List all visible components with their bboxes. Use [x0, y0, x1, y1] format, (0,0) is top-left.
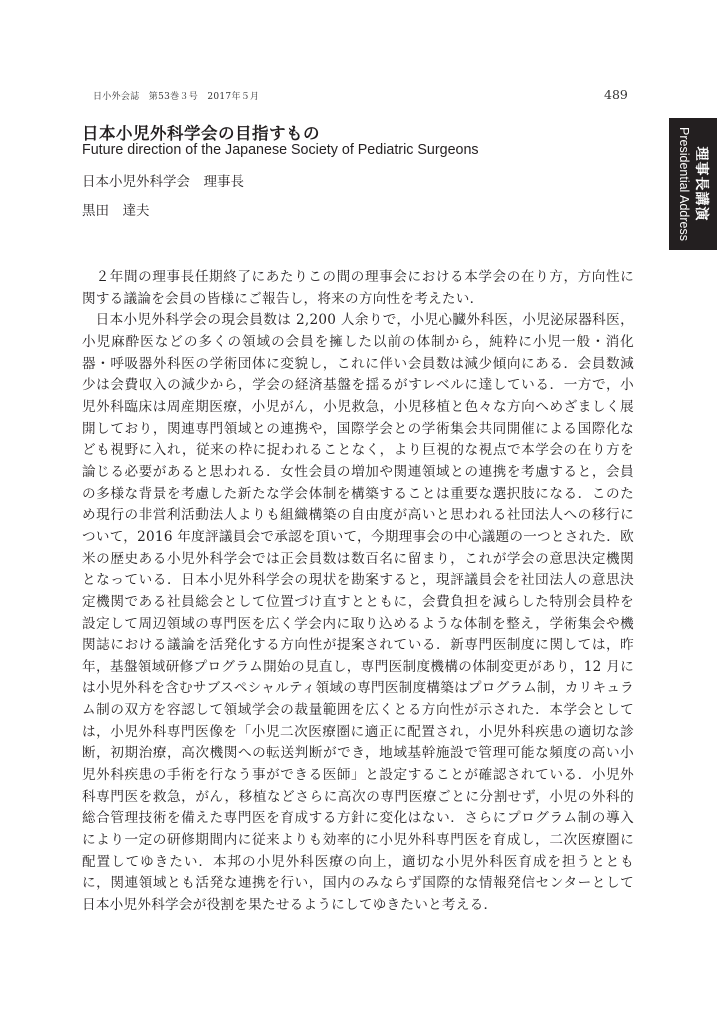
section-tab: 理事長講演 Presidential Address [669, 118, 717, 250]
article-body: ２年間の理事長任期終了にあたりこの間の理事会における本学会の在り方，方向性に関す… [82, 267, 634, 917]
page-number: 489 [604, 87, 628, 102]
article-title-ja: 日本小児外科学会の目指すもの [82, 120, 320, 144]
author-affiliation: 日本小児外科学会 理事長 [82, 170, 244, 190]
paragraph-1: ２年間の理事長任期終了にあたりこの間の理事会における本学会の在り方，方向性に関す… [82, 267, 634, 310]
author-name: 黒田 達夫 [82, 199, 150, 219]
running-head: 日小外会誌 第53巻３号 2017年５月 [93, 89, 259, 102]
section-tab-label-en: Presidential Address [676, 127, 692, 241]
section-tab-label-ja: 理事長講演 [692, 147, 710, 222]
paragraph-2: 日本小児外科学会の現会員数は 2,200 人余りで，小児心臓外科医，小児泌尿器科… [82, 310, 634, 916]
section-tab-labels: 理事長講演 Presidential Address [669, 118, 717, 250]
article-title-en: Future direction of the Japanese Society… [82, 142, 479, 158]
